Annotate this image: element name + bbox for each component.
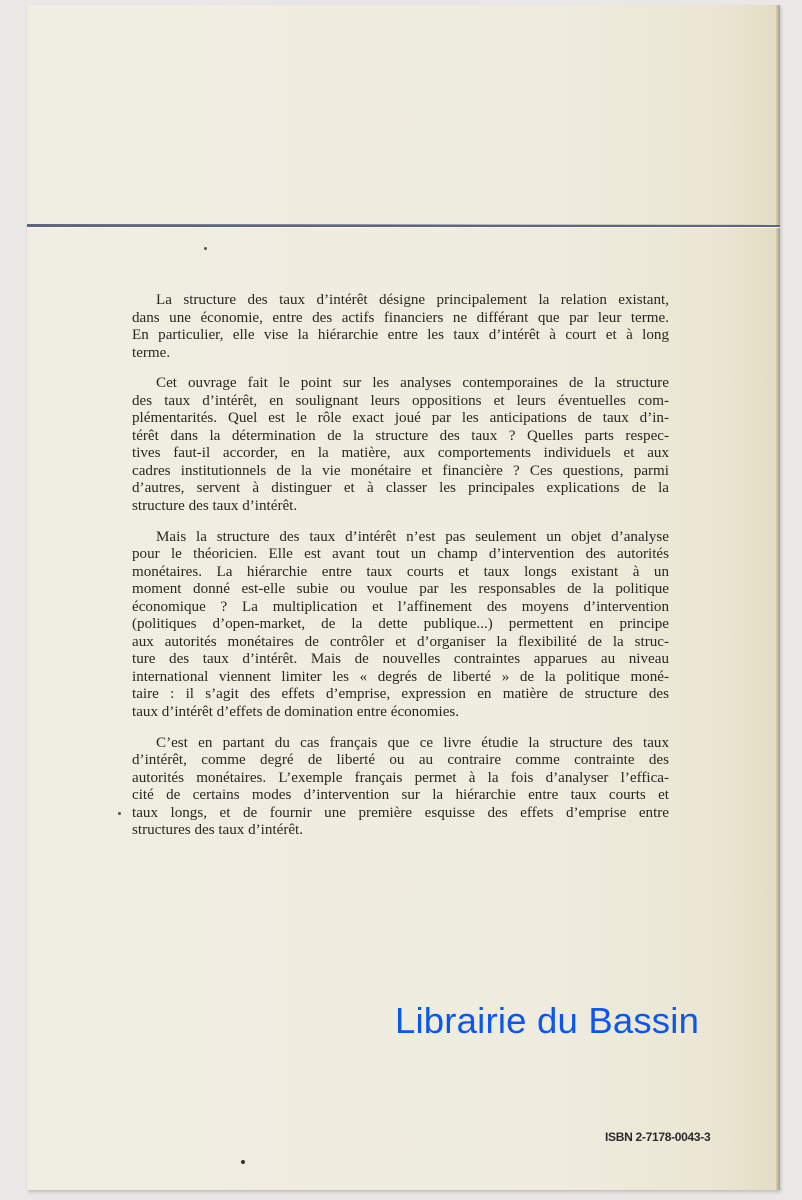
blurb-paragraph-2: Cet ouvrage fait le point sur les analys… <box>132 375 669 515</box>
text-line: pour le théoricien. Elle est avant tout … <box>132 546 669 564</box>
text-line: taire : il s’agit des effets d’emprise, … <box>132 686 669 704</box>
horizontal-rule-highlight <box>27 227 780 228</box>
text-line: économique ? La multiplication et l’affi… <box>132 599 669 617</box>
text-line: structure des taux d’intérêt. <box>132 498 669 516</box>
text-line: C’est en partant du cas français que ce … <box>132 735 669 753</box>
text-line: aux autorités monétaires de contrôler et… <box>132 634 669 652</box>
text-line: des taux d’intérêt, en soulignant leurs … <box>132 393 669 411</box>
text-line: terme. <box>132 345 669 363</box>
page-edge-shadow <box>776 5 780 1190</box>
blurb-paragraph-3: Mais la structure des taux d’intérêt n’e… <box>132 529 669 722</box>
blurb-paragraph-1: La structure des taux d’intérêt désigne … <box>132 292 669 362</box>
text-line: moment donné est-elle subie ou voulue pa… <box>132 581 669 599</box>
text-line: ture des taux d’intérêt. Mais de nouvell… <box>132 651 669 669</box>
text-line: taux d’intérêt d’effets de domination en… <box>132 704 669 722</box>
text-line: international viennent limiter les « deg… <box>132 669 669 687</box>
text-line: d’intérêt, comme degré de liberté ou au … <box>132 752 669 770</box>
speck-mark <box>241 1160 245 1164</box>
text-line: monétaires. La hiérarchie entre taux cou… <box>132 564 669 582</box>
blurb-text: La structure des taux d’intérêt désigne … <box>132 292 669 853</box>
text-line: taux longs, et de fournir une première e… <box>132 805 669 823</box>
speck-mark <box>204 247 207 250</box>
bookseller-watermark: Librairie du Bassin <box>395 1000 699 1042</box>
isbn-label: ISBN 2-7178-0043-3 <box>605 1130 710 1144</box>
text-line: térêt dans la détermination de la struct… <box>132 428 669 446</box>
text-line: d’autres, servent à distinguer et à clas… <box>132 480 669 498</box>
text-line: structures des taux d’intérêt. <box>132 822 669 840</box>
text-line: autorités monétaires. L’exemple français… <box>132 770 669 788</box>
text-line: Mais la structure des taux d’intérêt n’e… <box>132 529 669 547</box>
book-back-cover: La structure des taux d’intérêt désigne … <box>27 5 780 1190</box>
text-line: cité de certains modes d’intervention su… <box>132 787 669 805</box>
speck-mark <box>118 812 121 815</box>
text-line: cadres institutionnels de la vie monétai… <box>132 463 669 481</box>
text-line: En particulier, elle vise la hiérarchie … <box>132 327 669 345</box>
text-line: tives faut-il accorder, en la matière, a… <box>132 445 669 463</box>
text-line: plémentarités. Quel est le rôle exact jo… <box>132 410 669 428</box>
text-line: dans une économie, entre des actifs fina… <box>132 310 669 328</box>
text-line: La structure des taux d’intérêt désigne … <box>132 292 669 310</box>
text-line: (politiques d’open-market, de la dette p… <box>132 616 669 634</box>
text-line: Cet ouvrage fait le point sur les analys… <box>132 375 669 393</box>
blurb-paragraph-4: C’est en partant du cas français que ce … <box>132 735 669 840</box>
